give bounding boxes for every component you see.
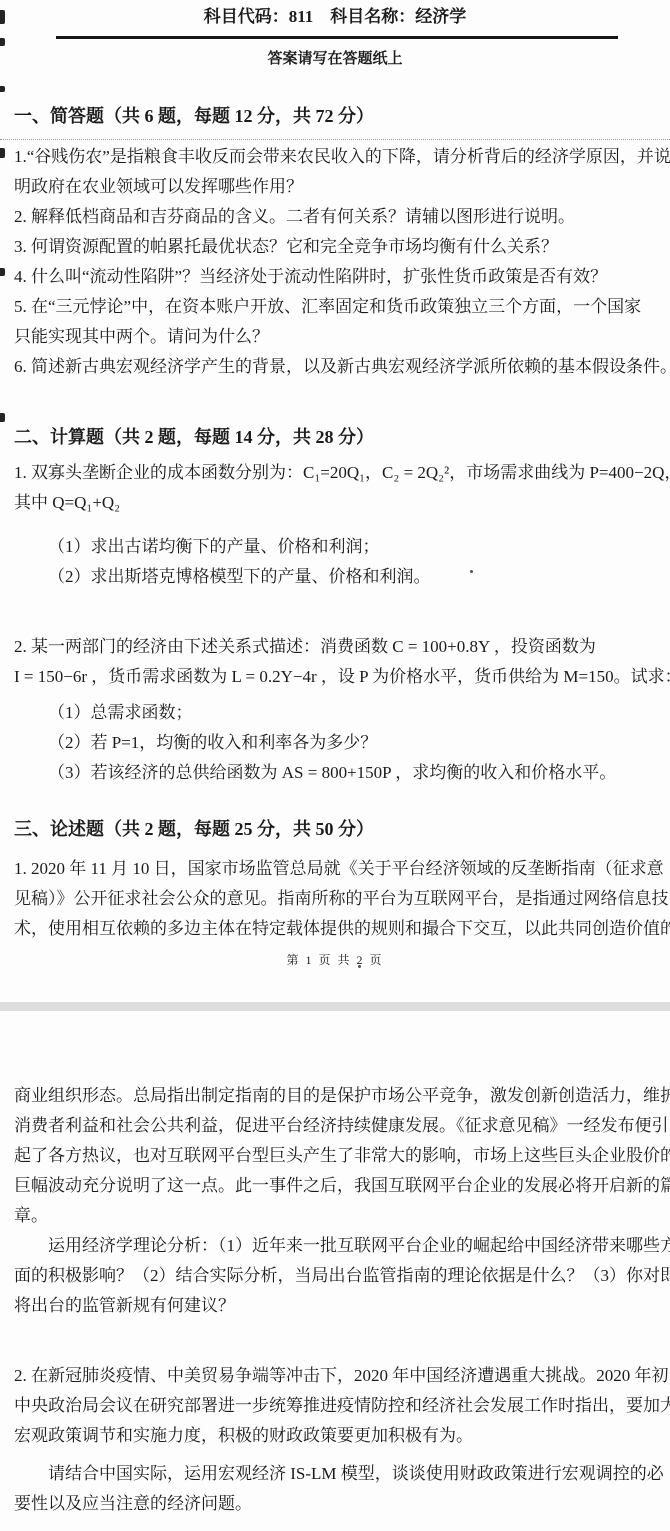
question-line: 运用经济学理论分析：（1）近年来一批互联网平台企业的崛起给中国经济带来哪些方 <box>14 1231 656 1261</box>
question-line: 1.“谷贱伤农”是指粮食丰收反而会带来农民收入的下降，请分析背后的经济学原因，并… <box>14 142 656 172</box>
faint-rule <box>0 139 670 140</box>
question-line: 请结合中国实际，运用宏观经济 IS-LM 模型，谈谈使用财政政策进行宏观调控的必 <box>14 1459 656 1489</box>
question-line: 起了各方热议，也对互联网平台型巨头产生了非常大的影响，市场上这些巨头企业股价的 <box>14 1141 656 1171</box>
question-line: 2. 解释低档商品和吉芬商品的含义。二者有何关系？请辅以图形进行说明。 <box>14 202 656 232</box>
question-line: 章。 <box>14 1201 656 1231</box>
exam-page-1: 科目代码：811 科目名称：经济学 答案请写在答题纸上 一、简答题（共 6 题，… <box>0 0 670 1002</box>
question-line: 2. 某一两部门的经济由下述关系式描述：消费函数 C = 100+0.8Y ，投… <box>14 632 656 662</box>
calculation-q1: 1. 双寡头垄断企业的成本函数分别为：C₁=20Q₁，C₂ = 2Q₂²，市场需… <box>14 458 656 518</box>
question-line: 4. 什么叫“流动性陷阱”？当经济处于流动性陷阱时，扩张性货币政策是否有效？ <box>14 262 656 292</box>
question-line: 将出台的监管新规有何建议？ <box>14 1291 656 1321</box>
scan-speck <box>470 570 473 573</box>
question-line: 消费者利益和社会公共利益，促进平台经济持续健康发展。《征求意见稿》一经发布便引 <box>14 1111 656 1141</box>
answer-note: 答案请写在答题纸上 <box>14 49 656 69</box>
question-line: 明政府在农业领域可以发挥哪些作用？ <box>14 172 656 202</box>
exam-page-2: 商业组织形态。总局指出制定指南的目的是保护市场公平竞争，激发创新创造活力，维护 … <box>0 1011 670 1531</box>
section-heading-short-answer: 一、简答题（共 6 题，每题 12 分，共 72 分） <box>14 103 656 129</box>
question-line: 2. 在新冠肺炎疫情、中美贸易争端等冲击下，2020 年中国经济遭遇重大挑战。2… <box>14 1361 656 1391</box>
subitem-line: （1）求出古诺均衡下的产量、价格和利润； <box>14 532 656 562</box>
question-line: 1. 2020 年 11 月 10 日，国家市场监管总局就《关于平台经济领域的反… <box>14 854 656 884</box>
essay-q2: 2. 在新冠肺炎疫情、中美贸易争端等冲击下，2020 年中国经济遭遇重大挑战。2… <box>14 1361 656 1451</box>
calculation-q2-subitems: （1）总需求函数； （2）若 P=1，均衡的收入和利率各为多少？ （3）若该经济… <box>14 698 656 788</box>
scan-artifact <box>0 38 5 46</box>
question-line: I = 150−6r ，货币需求函数为 L = 0.2Y−4r ，设 P 为价格… <box>14 662 656 692</box>
question-line: 6. 简述新古典宏观经济学产生的背景，以及新古典宏观经济学派所依赖的基本假设条件… <box>14 352 656 382</box>
scan-artifact <box>0 10 5 24</box>
essay-q1: 1. 2020 年 11 月 10 日，国家市场监管总局就《关于平台经济领域的反… <box>14 854 656 944</box>
subitem-line: （2）若 P=1，均衡的收入和利率各为多少？ <box>14 728 656 758</box>
calculation-q1-subitems: （1）求出古诺均衡下的产量、价格和利润； （2）求出斯塔克博格模型下的产量、价格… <box>14 532 656 592</box>
page-number-footer: 第 1 页 共 2 页 <box>14 952 656 968</box>
question-line: 术，使用相互依赖的多边主体在特定载体提供的规则和撮合下交互，以此共同创造价值的 <box>14 914 656 944</box>
question-line: 巨幅波动充分说明了这一点。此一事件之后，我国互联网平台企业的发展必将开启新的篇 <box>14 1171 656 1201</box>
header-rule <box>56 36 618 39</box>
scan-artifact <box>0 86 5 92</box>
subitem-line: （2）求出斯塔克博格模型下的产量、价格和利润。 <box>14 562 656 592</box>
scan-artifact <box>0 268 5 276</box>
question-line: 要性以及应当注意的经济问题。 <box>14 1489 656 1519</box>
subitem-line: （1）总需求函数； <box>14 698 656 728</box>
essay-q1-tasks: 运用经济学理论分析：（1）近年来一批互联网平台企业的崛起给中国经济带来哪些方 面… <box>14 1231 656 1321</box>
section-heading-calculation: 二、计算题（共 2 题，每题 14 分，共 28 分） <box>14 424 656 450</box>
question-line: 见稿）》公开征求社会公众的意见。指南所称的平台为互联网平台，是指通过网络信息技 <box>14 884 656 914</box>
question-line: 1. 双寡头垄断企业的成本函数分别为：C₁=20Q₁，C₂ = 2Q₂²，市场需… <box>14 458 656 488</box>
question-line: 宏观政策调节和实施力度，积极的财政政策要更加积极有为。 <box>14 1421 656 1451</box>
question-line: 只能实现其中两个。请问为什么？ <box>14 322 656 352</box>
page-separator <box>0 1002 670 1011</box>
question-line: 面的积极影响？（2）结合实际分析，当局出台监管指南的理论依据是什么？（3）你对即 <box>14 1261 656 1291</box>
doc-title: 科目代码：811 科目名称：经济学 <box>14 6 656 28</box>
scan-speck <box>358 965 361 968</box>
question-line: 其中 Q=Q₁+Q₂ <box>14 488 656 518</box>
question-line: 商业组织形态。总局指出制定指南的目的是保护市场公平竞争，激发创新创造活力，维护 <box>14 1081 656 1111</box>
scan-artifact <box>0 413 5 422</box>
subitem-line: （3）若该经济的总供给函数为 AS = 800+150P ，求均衡的收入和价格水… <box>14 758 656 788</box>
scan-artifact <box>0 148 5 158</box>
section-heading-essay: 三、论述题（共 2 题，每题 25 分，共 50 分） <box>14 816 656 842</box>
question-line: 3. 何谓资源配置的帕累托最优状态？它和完全竞争市场均衡有什么关系？ <box>14 232 656 262</box>
calculation-q2: 2. 某一两部门的经济由下述关系式描述：消费函数 C = 100+0.8Y ，投… <box>14 632 656 692</box>
essay-q2-tasks: 请结合中国实际，运用宏观经济 IS-LM 模型，谈谈使用财政政策进行宏观调控的必… <box>14 1459 656 1519</box>
question-line: 5. 在“三元悖论”中，在资本账户开放、汇率固定和货币政策独立三个方面，一个国家 <box>14 292 656 322</box>
essay-q1-continued: 商业组织形态。总局指出制定指南的目的是保护市场公平竞争，激发创新创造活力，维护 … <box>14 1081 656 1231</box>
question-line: 中央政治局会议在研究部署进一步统筹推进疫情防控和经济社会发展工作时指出，要加大 <box>14 1391 656 1421</box>
short-answer-questions: 1.“谷贱伤农”是指粮食丰收反而会带来农民收入的下降，请分析背后的经济学原因，并… <box>14 142 656 382</box>
